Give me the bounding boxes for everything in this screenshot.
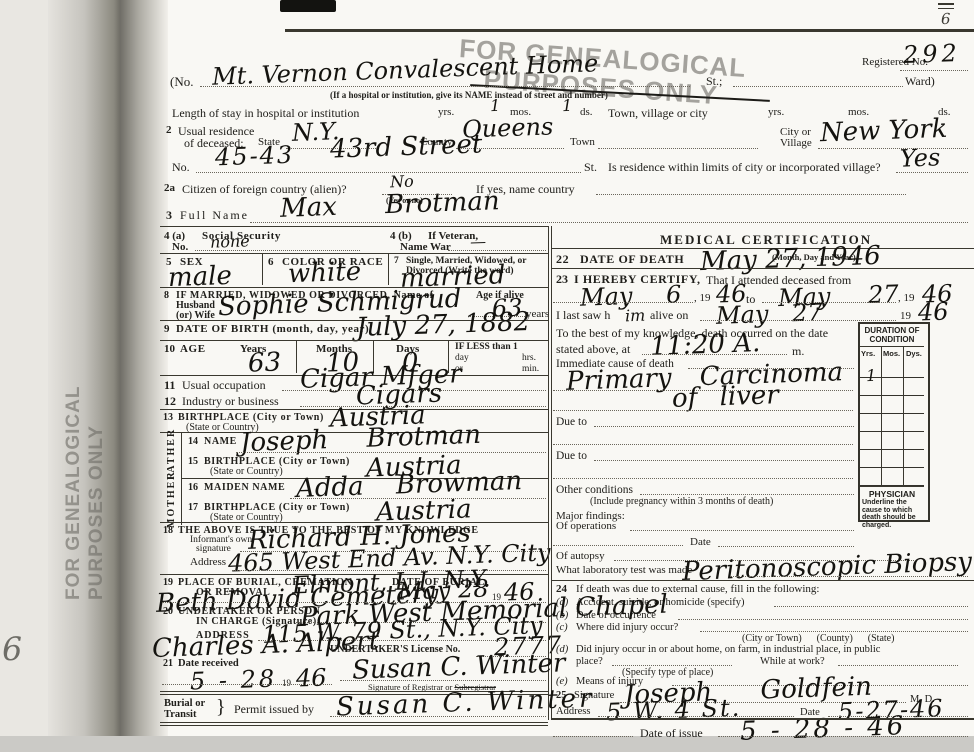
permit-label2: Transit — [164, 709, 196, 720]
age-label: AGE — [180, 343, 206, 355]
time-value: 11:20 A. — [650, 328, 761, 362]
lab-value: Peritonoscopic Biopsy — [682, 547, 973, 587]
issue-line — [718, 736, 968, 737]
margin-pencil-number: 6 — [1, 630, 23, 669]
corner-dash-2 — [938, 8, 954, 9]
vet-value: — — [470, 232, 487, 252]
duration-grid-col-line-2 — [903, 346, 904, 486]
due2-line — [553, 478, 853, 479]
stay-yrs-label: yrs. — [438, 106, 454, 118]
residence-no-label: No. — [172, 160, 190, 175]
residence-street-value: 43rd Street — [330, 129, 483, 164]
row4-top-line — [160, 226, 548, 227]
ext-c-label: Where did injury occur? — [576, 622, 678, 633]
autopsy-label: Of autopsy — [556, 550, 605, 562]
m-label: m. — [792, 344, 804, 359]
residence-limits-line — [896, 172, 968, 173]
registered-no-value: 292 — [903, 39, 962, 69]
vet-label2: Name War — [400, 241, 451, 253]
age-min-label: min. — [522, 364, 539, 374]
physician-title: PHYSICIAN — [860, 489, 924, 499]
industry-num: 12 — [164, 394, 176, 409]
duration-of-condition-box: DURATION OF CONDITION Yrs. Mos. Dys. 1 P… — [858, 322, 930, 522]
issue-value: 5 - 28 - 46 — [740, 711, 907, 747]
duration-grid-col-line-1 — [881, 346, 882, 486]
dod-num: 22 — [556, 252, 569, 267]
duration-col-mos: Mos. — [883, 349, 900, 358]
ext-c-num: (c) — [556, 622, 568, 633]
age-years-value: 63 — [247, 347, 281, 378]
mother-side-label: MOTHER — [166, 470, 177, 528]
mother-bp-num: 17 — [188, 502, 198, 513]
received-line — [162, 684, 332, 685]
fullname-num: 3 — [166, 208, 172, 223]
registered-no-line — [900, 70, 968, 71]
dod-paren: (Month, Day and Year) — [772, 252, 856, 262]
lab-line — [730, 576, 968, 577]
race-num: 6 — [268, 256, 274, 268]
due2-lead — [594, 460, 854, 461]
fullname-line — [250, 222, 968, 223]
corner-dash-1 — [938, 3, 954, 5]
op-date-label: Date — [690, 536, 711, 548]
fullname-label: Full Name — [180, 208, 249, 223]
cert-num: 23 — [556, 272, 568, 287]
permit-bottom-line-a — [160, 722, 548, 723]
residence-cv-line — [818, 148, 968, 149]
physician-note: Underline the cause to which death shoul… — [862, 499, 924, 529]
ext-d1-label: Did injury occur in or about home, on fa… — [576, 644, 880, 655]
cert-top-line — [551, 268, 974, 269]
dod-label: DATE OF DEATH — [580, 252, 684, 267]
know2: stated above, at — [556, 342, 630, 357]
place-ward-label: Ward) — [905, 74, 935, 89]
permit-label3: Permit issued by — [234, 702, 314, 717]
father-name-num: 14 — [188, 436, 198, 447]
cert-comma19a: , 19 — [694, 292, 711, 304]
birth-value: July 27, 1882 — [356, 307, 531, 343]
op-date-lead — [718, 546, 854, 547]
ext-d2-label: place? — [576, 656, 603, 667]
issue-left-line — [553, 736, 633, 737]
sig25-addr-value: 5 W. 4 St. — [606, 694, 742, 727]
issue-label: Date of issue — [640, 726, 703, 741]
ss-no-label: No. — [172, 241, 188, 253]
residence-num: 2 — [166, 124, 172, 136]
age-less-label1: IF LESS than 1 — [455, 342, 518, 352]
duration-col-yrs: Yrs. — [861, 349, 875, 358]
industry-label: Industry or business — [182, 394, 279, 409]
ss-value: none — [210, 231, 250, 251]
race-value: white — [287, 257, 361, 290]
duration-header-line — [860, 346, 924, 347]
ext-d3-label: While at work? — [760, 656, 825, 667]
ext-d-lead — [612, 665, 732, 666]
physician-note-3: death should be — [862, 514, 916, 521]
ext-d3-lead — [838, 665, 958, 666]
father-bp-num: 15 — [188, 456, 198, 467]
place-no-paren: (No. — [170, 74, 193, 90]
time-line — [642, 354, 787, 355]
vet-line — [448, 250, 546, 251]
marital-num: 7 — [394, 256, 399, 266]
ext-b-lead — [678, 619, 968, 620]
physician-note-1: Underline the — [862, 499, 907, 506]
imm-line2 — [553, 410, 853, 411]
ss-line — [195, 250, 360, 251]
residence-no-value: 45-43 — [215, 141, 295, 172]
cert-comma19b: , 19 — [898, 292, 915, 304]
saw-label: I last saw h — [556, 308, 610, 323]
informant-num: 18 — [163, 525, 173, 536]
other-note: (Include pregnancy within 3 months of de… — [590, 496, 773, 507]
informant-addr-label: Address — [190, 556, 226, 568]
received-yy-value: 46 — [296, 663, 328, 692]
physician-note-4: charged. — [862, 522, 891, 529]
institution-line — [200, 86, 690, 87]
genealogical-stamp-vertical: FOR GENEALOGICAL PURPOSES ONLY — [62, 350, 108, 600]
operations-lead — [630, 530, 854, 531]
alien-country-line — [596, 194, 906, 195]
stamp-line-2: PURPOSES ONLY — [85, 350, 108, 600]
race-marital-divider — [388, 253, 389, 285]
row10-top-line — [160, 340, 548, 341]
stay-ds-value: 1 — [562, 96, 573, 115]
due1-line — [553, 444, 853, 445]
birth-num: 9 — [164, 323, 170, 335]
other-lead — [640, 494, 854, 495]
saw-line — [700, 320, 896, 321]
other-label: Other conditions — [556, 484, 633, 496]
due1-label: Due to — [556, 416, 587, 428]
residence-no-line — [196, 172, 581, 173]
birth-label: DATE OF BIRTH (month, day, year) — [176, 323, 369, 335]
age-num: 10 — [164, 343, 175, 355]
saw-rest: alive on — [650, 308, 688, 323]
father-name-label: NAME — [204, 436, 237, 447]
lab-label: What laboratory test was made — [556, 564, 692, 576]
operations-label: Of operations — [556, 520, 616, 532]
age-col-divider-1 — [296, 340, 297, 373]
duration-title-1: DURATION OF — [865, 326, 920, 335]
saw-him: im — [625, 306, 646, 326]
permit-brace: } — [216, 696, 226, 719]
duration-title: DURATION OF CONDITION — [860, 326, 924, 344]
due2-label: Due to — [556, 450, 587, 462]
row5-top-line — [160, 253, 548, 254]
permit-label1: Burial or — [164, 698, 205, 709]
imm-value2: of liver — [672, 380, 780, 414]
duration-title-2: CONDITION — [870, 335, 915, 344]
residence-st-label: St. — [584, 160, 597, 175]
mother-name-num: 16 — [188, 482, 198, 493]
stay-town-label: Town, village or city — [608, 106, 708, 121]
stay-town-yrs: yrs. — [768, 106, 784, 118]
operations-line2 — [553, 545, 683, 546]
alien-num: 2a — [164, 182, 175, 194]
occupation-label: Usual occupation — [182, 378, 266, 393]
duration-col-dys: Dys. — [906, 349, 922, 358]
corner-page-number: 6 — [941, 10, 951, 28]
cert-from-line — [553, 302, 693, 303]
father-bp-label2: (State or Country) — [210, 466, 283, 477]
stay-ds-label: ds. — [580, 106, 593, 118]
residence-town-label: Town — [570, 136, 595, 148]
birthplace-num: 13 — [163, 412, 173, 423]
place-st-label: St.; — [706, 74, 722, 89]
scan-top-black-mark — [280, 0, 336, 12]
age-hrs-label: hrs. — [522, 353, 536, 363]
occupation-num: 11 — [164, 378, 175, 393]
ext-a-lead — [774, 606, 968, 607]
residence-limits-label: Is residence within limits of city or in… — [608, 160, 881, 175]
ext-c-lead — [700, 631, 968, 632]
burial-num: 19 — [163, 577, 173, 588]
scanned-death-certificate: { "artifacts": { "corner_mark": "6", "ma… — [0, 0, 974, 752]
sex-value: male — [167, 261, 232, 293]
column-divider-b — [551, 226, 552, 720]
stamp-line-1: FOR GENEALOGICAL — [62, 350, 85, 600]
top-rule — [285, 29, 974, 32]
received-num: 21 — [163, 658, 173, 669]
physician-note-2: cause to which — [862, 507, 912, 514]
residence-cv-label2: Village — [780, 137, 812, 149]
permit-bottom-line-b — [160, 725, 548, 726]
physician-top-line — [860, 486, 924, 487]
stay-mos-value: 1 — [490, 96, 501, 115]
residence-limits-value: Yes — [900, 143, 941, 172]
saw-yr: 19 — [900, 310, 911, 322]
place-st-line — [733, 86, 903, 87]
sex-race-divider — [262, 253, 263, 285]
spouse-num: 8 — [164, 290, 169, 301]
mother-name-label: MAIDEN NAME — [204, 482, 285, 493]
column-divider-a — [548, 226, 549, 720]
row24-top-line — [551, 580, 974, 581]
informant-sig-label2: signature — [196, 544, 231, 554]
received-yr-label: 19 — [282, 678, 291, 688]
fullname-value: Max Brotman — [280, 186, 501, 224]
right-bottom-line-a — [551, 718, 974, 720]
undertaker-num: 20 — [163, 606, 173, 617]
duration-yrs-value: 1 — [866, 366, 877, 385]
residence-town-line — [598, 148, 758, 149]
due1-lead — [594, 426, 854, 427]
ext-c-note: (City or Town) (County) (State) — [742, 633, 894, 644]
